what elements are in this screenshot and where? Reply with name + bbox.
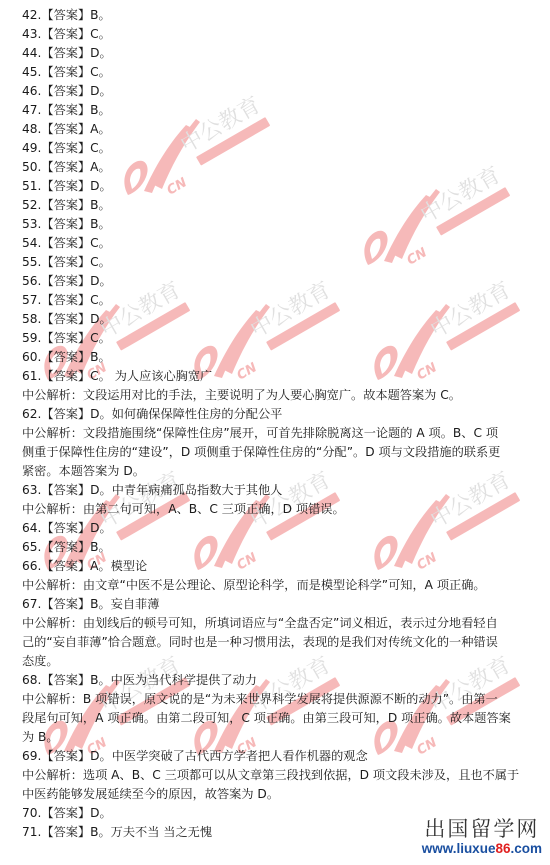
analysis-line: 态度。 [22,652,522,671]
answer-line: 45.【答案】C。 [22,63,522,82]
answer-line: 48.【答案】A。 [22,120,522,139]
answer-line: 60.【答案】B。 [22,348,522,367]
analysis-line: 中公解析：文段措施围绕“保障性住房”展开，可首先排除脱离这一论题的 A 项。B、… [22,424,522,443]
analysis-line: 为 B。 [22,728,522,747]
answer-line: 54.【答案】C。 [22,234,522,253]
site-logo[interactable]: 出国留学网 www.liuxue86.com [422,817,542,857]
answer-line: 59.【答案】C。 [22,329,522,348]
answer-line: 50.【答案】A。 [22,158,522,177]
answer-line: 44.【答案】D。 [22,44,522,63]
answer-line: 69.【答案】D。中医学突破了古代西方学者把人看作机器的观念 [22,747,522,766]
answer-line: 57.【答案】C。 [22,291,522,310]
analysis-line: 侧重于保障性住房的“建设”，D 项侧重于保障性住房的“分配”。D 项与文段措施的… [22,443,522,462]
answer-line: 53.【答案】B。 [22,215,522,234]
site-logo-url[interactable]: www.liuxue86.com [422,841,542,857]
analysis-line: 己的“妄自菲薄”恰合题意。同时也是一种习惯用法，表现的是我们对传统文化的一种错误 [22,633,522,652]
document-page: CN中公教育CN中公教育CN中公教育CN中公教育CN中公教育CN中公教育CN中公… [0,0,550,865]
analysis-line: 中公解析：选项 A、B、C 三项都可以从文章第三段找到依据，D 项文段未涉及，且… [22,766,522,785]
site-logo-name: 出国留学网 [422,817,542,841]
answer-line: 67.【答案】B。妄自菲薄 [22,595,522,614]
answer-line: 43.【答案】C。 [22,25,522,44]
analysis-line: 中公解析：由划线后的顿号可知，所填词语应与“全盘否定”词义相近，表示过分地看轻自 [22,614,522,633]
answer-line: 65.【答案】B。 [22,538,522,557]
answer-line: 42.【答案】B。 [22,6,522,25]
analysis-line: 中公解析：由文章“中医不是公理论、原型论科学，而是模型论科学”可知，A 项正确。 [22,576,522,595]
answer-line: 62.【答案】D。如何确保保障性住房的分配公平 [22,405,522,424]
answer-line: 55.【答案】C。 [22,253,522,272]
answer-line: 56.【答案】D。 [22,272,522,291]
answer-line: 51.【答案】D。 [22,177,522,196]
analysis-line: 中公解析：由第二句可知，A、B、C 三项正确，D 项错误。 [22,500,522,519]
answer-line: 58.【答案】D。 [22,310,522,329]
answer-line: 64.【答案】D。 [22,519,522,538]
answer-line: 61.【答案】C。 为人应该心胸宽广 [22,367,522,386]
answer-line: 47.【答案】B。 [22,101,522,120]
analysis-line: 中公解析：文段运用对比的手法，主要说明了为人要心胸宽广。故本题答案为 C。 [22,386,522,405]
answer-line: 63.【答案】D。中青年病痛孤岛指数大于其他人 [22,481,522,500]
answer-content: 42.【答案】B。43.【答案】C。44.【答案】D。45.【答案】C。46.【… [22,6,522,842]
answer-line: 68.【答案】B。中医为当代科学提供了动力 [22,671,522,690]
answer-line: 49.【答案】C。 [22,139,522,158]
analysis-line: 紧密。本题答案为 D。 [22,462,522,481]
answer-line: 46.【答案】D。 [22,82,522,101]
analysis-line: 段尾句可知，A 项正确。由第二段可知，C 项正确。由第三段可知，D 项正确。故本… [22,709,522,728]
answer-line: 52.【答案】B。 [22,196,522,215]
analysis-line: 中医药能够发展延续至今的原因，故答案为 D。 [22,785,522,804]
answer-line: 66.【答案】A。模型论 [22,557,522,576]
analysis-line: 中公解析：B 项错误，原文说的是“为未来世界科学发展将提供源源不断的动力”。由第… [22,690,522,709]
